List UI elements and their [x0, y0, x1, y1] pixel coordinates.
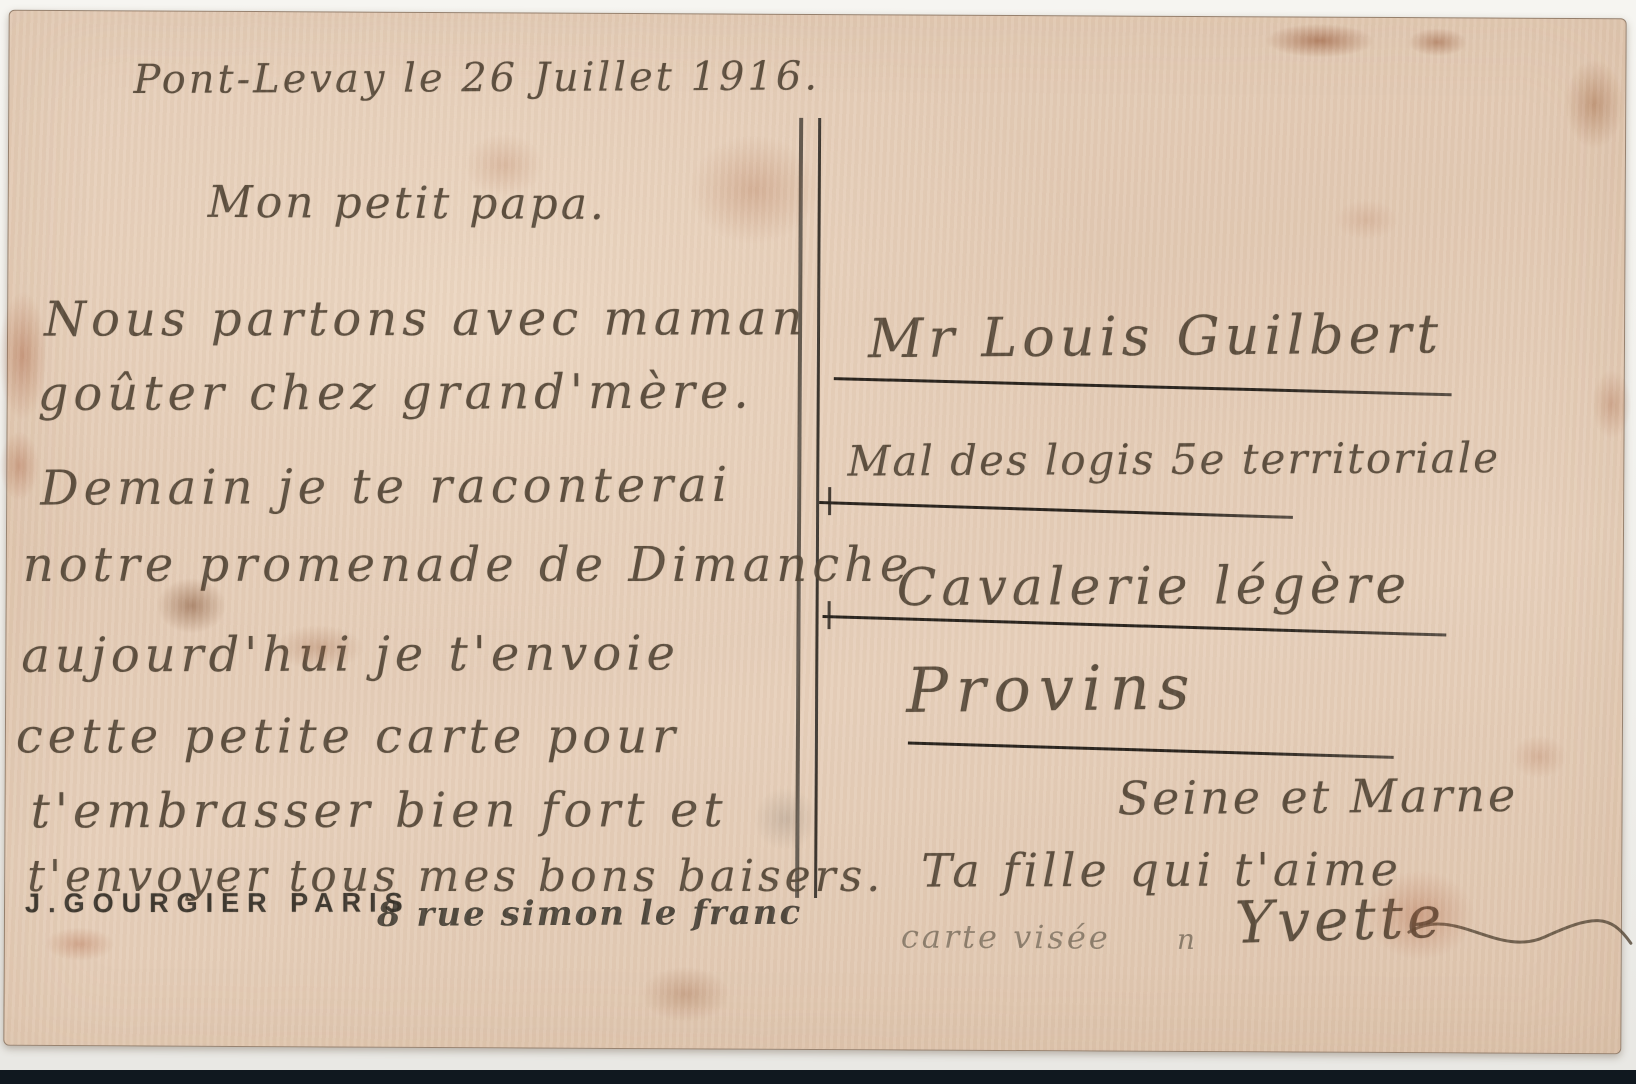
stain [640, 966, 730, 1022]
salutation: Mon petit papa. [208, 177, 608, 230]
dateline: Pont-Levay le 26 Juillet 1916. [133, 53, 820, 103]
address-line-department: Seine et Marne [1117, 768, 1518, 825]
address-rule [834, 377, 1452, 396]
address-line-recipient: Mr Louis Guilbert [868, 302, 1444, 370]
message-line: Nous partons avec maman [44, 290, 808, 347]
postcard: Pont-Levay le 26 Juillet 1916. Mon petit… [3, 10, 1626, 1054]
visa-letter: n [1177, 923, 1198, 956]
address-rule-tick [828, 487, 831, 515]
address-rule [823, 615, 1447, 637]
stain [1264, 23, 1374, 58]
divider-line [795, 118, 821, 898]
message-line: notre promenade de Dimanche [23, 537, 914, 593]
scanner-bottom-strip [0, 1070, 1636, 1084]
publisher-mark: J.GOURGIER PARIS [25, 888, 411, 920]
stain [1564, 59, 1624, 149]
stain [0, 431, 40, 501]
signature: Yvette [1234, 883, 1446, 957]
postcard-scan: Pont-Levay le 26 Juillet 1916. Mon petit… [0, 0, 1636, 1084]
publisher-address: 8 rue simon le franc [377, 893, 802, 935]
address-rule [819, 501, 1293, 519]
stain [45, 927, 115, 961]
message-line: t'embrasser bien fort et [30, 782, 727, 839]
message-line: goûter chez grand'mère. [38, 364, 754, 422]
visa-note: carte visée [901, 917, 1111, 956]
address-line-rank: Mal des logis 5e territoriale [847, 433, 1500, 485]
message-line: aujourd'hui je t'envoie [21, 625, 680, 683]
address-line-city: Provins [906, 650, 1198, 727]
address-line-unit: Cavalerie légère [897, 555, 1412, 618]
stain [1335, 200, 1399, 240]
message-line: Demain je te raconterai [40, 457, 732, 517]
stain [1511, 735, 1567, 779]
address-rule-tick [827, 601, 830, 629]
stain [1408, 28, 1468, 56]
message-line: cette petite carte pour [16, 709, 680, 765]
address-rule [908, 741, 1394, 758]
